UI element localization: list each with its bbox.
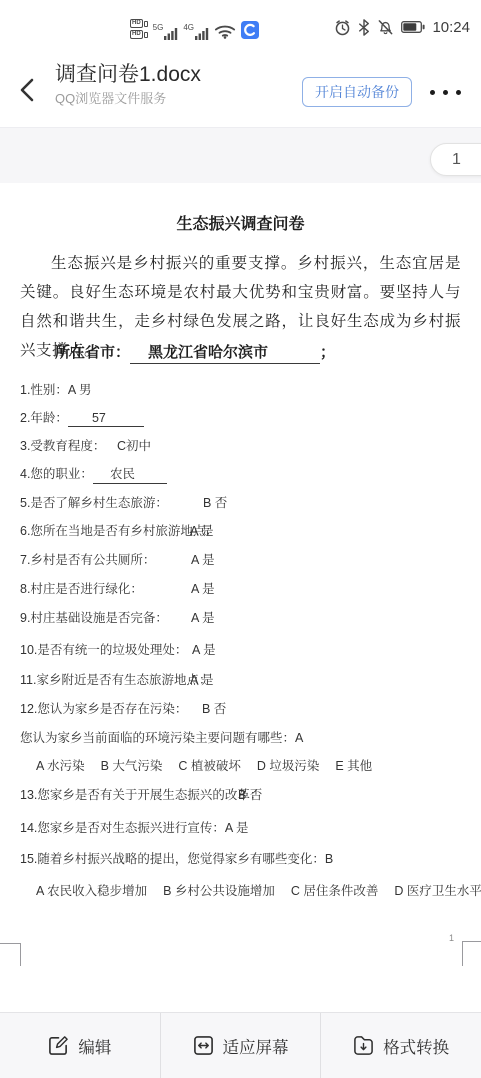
question-row: 9.村庄基础设施是否完备：A 是 [20, 608, 461, 628]
back-button[interactable] [12, 74, 44, 106]
question-answer: B 否 [238, 785, 262, 803]
wifi-icon [214, 22, 236, 39]
question-row: 10.是否有统一的垃圾处理处：A 是 [20, 640, 461, 660]
question-row: 4.您的职业：农民 [20, 464, 461, 484]
document-title: 生态振兴调查问卷 [0, 211, 481, 234]
question-row: 12.您认为家乡是否存在污染：B 否 [20, 699, 461, 719]
province-line: 所在省市：黑龙江省哈尔滨市； [55, 341, 335, 364]
question-text: 7.乡村是否有公共厕所： [20, 553, 155, 567]
question-text: 14.您家乡是否对生态振兴进行宣传：A 是 [20, 821, 249, 835]
format-convert-button[interactable]: 格式转换 [320, 1013, 481, 1078]
margin-mark-bottom-right [462, 941, 463, 966]
question-text: 13.您家乡是否有关于开展生态振兴的改革： [20, 788, 262, 802]
chevron-left-icon [22, 80, 32, 100]
question-text: 3.受教育程度： [20, 439, 105, 453]
question-answer: B 否 [202, 699, 226, 717]
question-answer: C初中 [117, 436, 151, 454]
question-filled-value: 农民 [93, 464, 167, 484]
mute-icon [377, 19, 394, 36]
format-convert-icon [353, 1035, 374, 1056]
browser-app-icon [241, 21, 259, 39]
question-row: 5.是否了解乡村生态旅游：B 否 [20, 493, 461, 513]
status-bar: HD HD 5G 4G [0, 0, 481, 52]
signal-4g-icon: 4G [183, 24, 209, 40]
question-row: 6.您所在当地是否有乡村旅游地点：A 是 [20, 521, 461, 541]
question-text: 5.是否了解乡村生态旅游： [20, 496, 168, 510]
screen: HD HD 5G 4G [0, 0, 481, 1078]
title-block: 调查问卷1.docx QQ浏览器文件服务 [55, 62, 305, 108]
alarm-icon [334, 19, 351, 36]
question-text: 1.性别：A 男 [20, 383, 92, 397]
battery-icon [401, 21, 425, 33]
page-title: 调查问卷1.docx [55, 62, 305, 88]
question-row: 15.随着乡村振兴战略的提出，您觉得家乡有哪些变化：B [20, 849, 461, 869]
question-answer: A 是 [191, 579, 215, 597]
question-row: 您认为家乡当前面临的环境污染主要问题有哪些：A [20, 728, 461, 748]
province-value: 黑龙江省哈尔滨市 [130, 341, 320, 364]
page-number-pill: 1 [430, 143, 481, 176]
question-row: 7.乡村是否有公共厕所：A 是 [20, 550, 461, 570]
document-viewport[interactable]: 1 生态振兴调查问卷 生态振兴是乡村振兴的重要支撑。乡村振兴，生态宜居是关键。良… [0, 128, 481, 1012]
question-filled-value: 57 [68, 411, 144, 427]
question-row: 1.性别：A 男 [20, 380, 461, 400]
question-answer: A 是 [190, 670, 214, 688]
question-row: 11.家乡附近是否有生态旅游地点：A 是 [20, 670, 461, 690]
question-row: 2.年龄：57 [20, 408, 461, 428]
hd-icon: HD [130, 19, 143, 28]
question-row: 13.您家乡是否有关于开展生态振兴的改革：B 否 [20, 785, 461, 805]
question-row: 3.受教育程度：C初中 [20, 436, 461, 456]
question-text: 10.是否有统一的垃圾处理处： [20, 643, 187, 657]
fit-screen-icon [193, 1035, 214, 1056]
hd-icon: HD [130, 30, 143, 39]
hd-voice-badges: HD HD [130, 19, 148, 39]
question-text: 8.村庄是否进行绿化： [20, 582, 143, 596]
question-text: 9.村庄基础设施是否完备： [20, 611, 168, 625]
header: 调查问卷1.docx QQ浏览器文件服务 开启自动备份 [0, 52, 481, 128]
question-text: A 农民收入稳步增加 B 乡村公共设施增加 C 居住条件改善 D 医疗卫生水平提… [36, 884, 481, 898]
question-text: 4.您的职业： [20, 467, 93, 481]
question-row: A 水污染 B 大气污染 C 植被破坏 D 垃圾污染 E 其他 [36, 756, 477, 776]
question-answer: A 是 [190, 521, 214, 539]
status-left-cluster: HD HD 5G 4G [130, 14, 259, 40]
question-answer: A 是 [191, 550, 215, 568]
margin-mark-bottom-right [462, 941, 481, 942]
edit-button[interactable]: 编辑 [0, 1013, 160, 1078]
edit-icon [48, 1035, 69, 1056]
province-label: 所在省市： [55, 344, 130, 361]
margin-mark-bottom-left [0, 943, 20, 944]
question-text: A 水污染 B 大气污染 C 植被破坏 D 垃圾污染 E 其他 [36, 759, 372, 773]
question-text: 2.年龄： [20, 411, 68, 425]
page-subtitle: QQ浏览器文件服务 [55, 90, 305, 108]
question-row: A 农民收入稳步增加 B 乡村公共设施增加 C 居住条件改善 D 医疗卫生水平提… [36, 881, 477, 901]
question-row: 14.您家乡是否对生态振兴进行宣传：A 是 [20, 818, 461, 838]
question-text: 11.家乡附近是否有生态旅游地点： [20, 673, 211, 687]
question-row: 8.村庄是否进行绿化：A 是 [20, 579, 461, 599]
question-text: 6.您所在当地是否有乡村旅游地点： [20, 524, 218, 538]
fit-screen-button[interactable]: 适应屏幕 [160, 1013, 321, 1078]
question-text: 您认为家乡当前面临的环境污染主要问题有哪些：A [20, 731, 303, 745]
signal-5g-icon: 5G [153, 24, 179, 40]
footer-page-number: 1 [449, 933, 454, 943]
page-gap [0, 128, 481, 183]
more-menu-button[interactable] [423, 84, 467, 100]
question-text: 12.您认为家乡是否存在污染： [20, 702, 187, 716]
bluetooth-icon [358, 19, 370, 36]
question-answer: B 否 [203, 493, 227, 511]
margin-mark-bottom-left [20, 943, 21, 966]
status-right-cluster: 10:24 [334, 14, 470, 40]
question-text: 15.随着乡村振兴战略的提出，您觉得家乡有哪些变化：B [20, 852, 333, 866]
bottom-toolbar: 编辑 适应屏幕 格式转换 [0, 1012, 481, 1078]
clock-time: 10:24 [432, 19, 470, 36]
question-answer: A 是 [191, 608, 215, 626]
question-answer: A 是 [192, 640, 216, 658]
document-page[interactable]: 生态振兴调查问卷 生态振兴是乡村振兴的重要支撑。乡村振兴，生态宜居是关键。良好生… [0, 183, 481, 1012]
auto-backup-button[interactable]: 开启自动备份 [302, 77, 412, 107]
province-suffix: ； [320, 344, 335, 361]
